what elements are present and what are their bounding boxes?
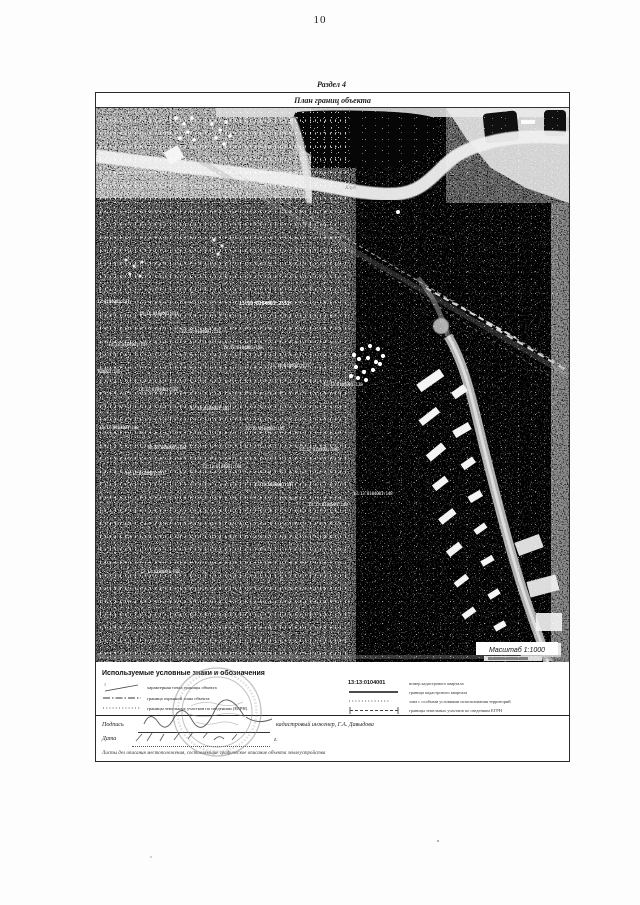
footer-note: Листы дел описания местоположения, соста…: [102, 751, 325, 756]
parcel-label: 13:13:0104001:139: [138, 387, 178, 392]
scale-label: Масштаб 1:1000: [489, 646, 545, 654]
parcel-label: 13:13:0104001:137: [270, 363, 310, 368]
scan-speck: [437, 840, 439, 842]
svg-text:1: 1: [104, 682, 106, 687]
date-label: Дата: [102, 736, 116, 742]
satellite-map: КлубТеплица 13:0104001:13113:13:0104001:…: [96, 108, 569, 662]
legend-label: границы земельных участков по сведениям …: [147, 706, 247, 711]
parcel-label: 13:13:0104001:134: [108, 342, 148, 347]
legend-label: граница охранной зоны объекта: [147, 696, 209, 701]
dash-dot-line-icon: [102, 693, 142, 703]
map-image: КлубТеплица 13:0104001:13113:13:0104001:…: [96, 108, 569, 662]
legend-row-right-3: зона с особыми условиями использования т…: [348, 697, 511, 705]
signer-name: кадастровый инженер, Г.А. Давыдова: [276, 722, 374, 728]
document-page: 10 Раздел 4 План границ объекта: [0, 0, 640, 905]
parcel-label: 13:13:0104001:133: [181, 329, 221, 334]
parcel-label: 13:0104001:131: [97, 299, 130, 304]
parcel-label: 13:13:0104001:149: [308, 502, 348, 507]
legend-title: Используемые условные знаки и обозначени…: [102, 670, 265, 677]
parcel-label: 13:13:0104001:146: [299, 447, 339, 452]
date-line: [132, 746, 270, 747]
signature-line: [138, 732, 270, 733]
signature-block: Подпись кадастровый инженер, Г.А. Давыдо…: [96, 716, 569, 761]
parcel-label: 13:13:0104001:150: [140, 569, 180, 574]
dashed-bracket-icon: [348, 705, 404, 715]
legend-label: границы земельных участков по сведениям …: [409, 708, 502, 713]
parcel-label: 104001:135: [97, 369, 121, 374]
legend-row-right-2: граница кадастрового квартала: [348, 688, 467, 696]
place-label: Теплица: [279, 496, 298, 502]
parcel-label: 13:13:0104001:145: [245, 426, 285, 431]
parcel-label: 13:13:0104001:136: [223, 345, 263, 350]
plan-frame: План границ объекта: [95, 92, 570, 762]
parcel-label: 13:13:0104001:143: [125, 471, 165, 476]
quarter-number: 13:13:0104001: [348, 680, 404, 686]
signature-label: Подпись: [102, 722, 124, 728]
parcel-label: 13:13:0104001:132: [139, 311, 179, 316]
parcel-label: 13:13:0104001:147: [254, 482, 294, 487]
place-label: Клуб: [344, 184, 356, 191]
boundary-point-icon: 1: [102, 682, 142, 692]
plan-title: План границ объекта: [96, 93, 569, 108]
legend-label: номер кадастрового квартала: [409, 681, 464, 686]
parcel-label: 13:13:0104001:141: [190, 406, 230, 411]
date-suffix: г.: [274, 737, 278, 743]
legend-label: зона с особыми условиями использования т…: [409, 699, 511, 704]
legend-label: граница кадастрового квартала: [409, 690, 467, 695]
parcel-label: 13:13:0104001:2551: [239, 301, 290, 307]
legend-label: характерная точка границы объекта: [147, 685, 217, 690]
scan-speck: [150, 856, 152, 858]
legend-row-left-3: границы земельных участков по сведениям …: [102, 704, 247, 712]
legend-row-left-2: граница охранной зоны объекта: [102, 694, 209, 702]
parcel-label: 13:13:0104001:144: [202, 464, 242, 469]
legend-row-right-4: границы земельных участков по сведениям …: [348, 706, 502, 714]
parcel-label: 13:13:0104001:148: [353, 491, 393, 496]
parcel-label: 13:13:0104001:138: [323, 382, 363, 387]
parcel-label: 13:13:0104001:142: [147, 445, 187, 450]
legend: Используемые условные знаки и обозначени…: [96, 662, 569, 716]
page-number: 10: [0, 14, 640, 26]
legend-row-left-1: 1 характерная точка границы объекта: [102, 683, 217, 691]
dotted-line-icon: [102, 703, 142, 713]
section-title: Раздел 4: [95, 80, 568, 89]
legend-row-right-1: 13:13:0104001 номер кадастрового квартал…: [348, 679, 464, 687]
parcel-label: 13:13:0104001:140: [99, 425, 139, 430]
